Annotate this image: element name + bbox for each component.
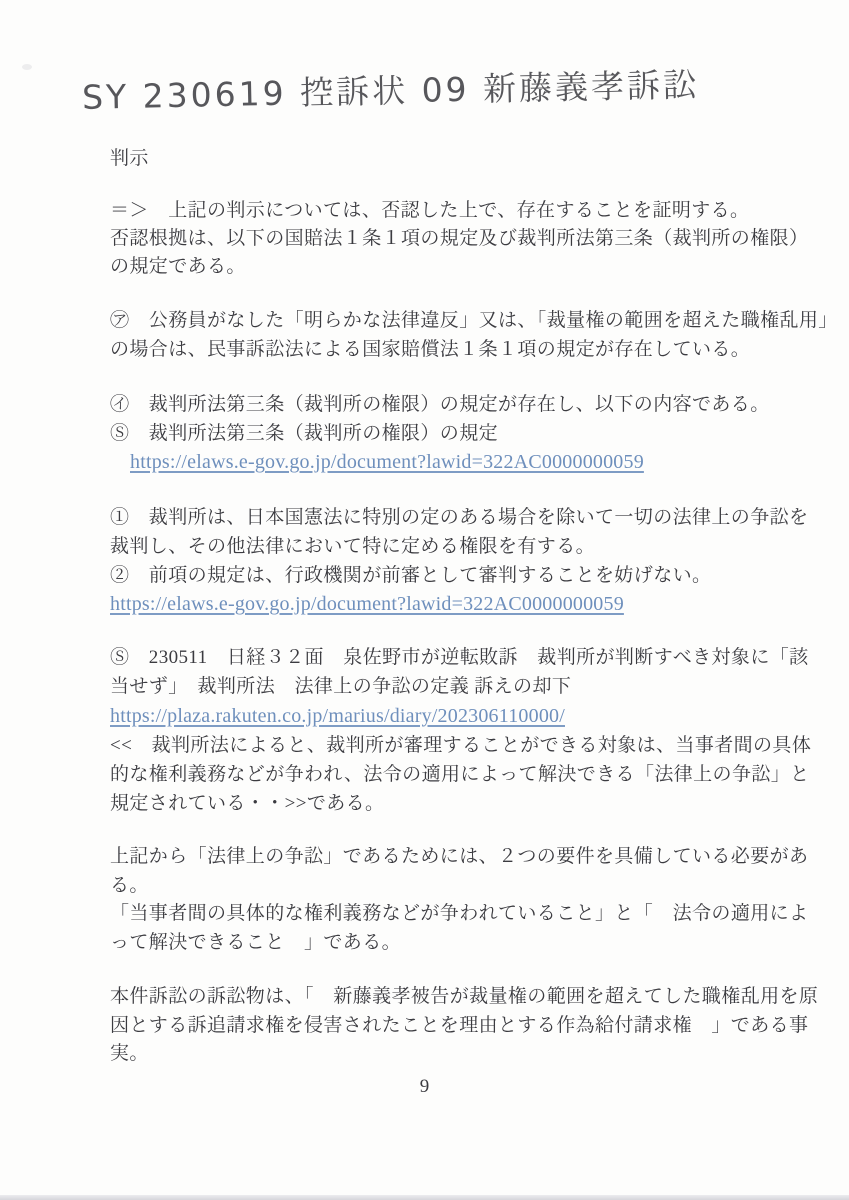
body-line: 裁判し、その他法律において特に定める権限を有する。	[110, 532, 595, 561]
body-line: 因とする訴追請求権を侵害されたことを理由とする作為給付請求権 」である事	[110, 1011, 808, 1040]
hyperlink-rakuten-blog[interactable]: https://plaza.rakuten.co.jp/marius/diary…	[110, 702, 565, 731]
quote-line: << 裁判所法によると、裁判所が審理することができる対象は、当事者間の具体	[110, 731, 811, 760]
page-number: 9	[0, 1076, 849, 1098]
body-line: 否認根拠は、以下の国賠法１条１項の規定及び裁判所法第三条（裁判所の権限）	[110, 224, 808, 253]
section-heading-hanji: 判示	[110, 144, 149, 173]
body-line: 「当事者間の具体的な権利義務などが争われていること」と「 法令の適用によ	[110, 899, 808, 928]
quote-line: 的な権利義務などが争われ、法令の適用によって解決できる「法律上の争訟」と	[110, 760, 810, 789]
item-i-line: ㋑ 裁判所法第三条（裁判所の権限）の規定が存在し、以下の内容である。	[110, 390, 770, 419]
body-line: 本件訴訟の訴訟物は、「 新藤義孝被告が裁量権の範囲を超えてした職権乱用を原	[110, 982, 818, 1011]
scan-edge	[0, 1195, 849, 1200]
body-line: の場合は、民事訴訟法による国家賠償法１条１項の規定が存在している。	[110, 335, 750, 364]
handwritten-note: SY 230619 控訴状 09 新藤義孝訴訟	[82, 60, 643, 119]
scan-artifact	[22, 64, 32, 70]
scanned-document-page: SY 230619 控訴状 09 新藤義孝訴訟 判示 ＝＞ 上記の判示については…	[0, 0, 849, 1200]
source-s-line: Ⓢ 裁判所法第三条（裁判所の権限）の規定	[110, 419, 498, 448]
body-line: 実。	[110, 1039, 149, 1068]
quote-line: 規定されている・・>>である。	[110, 789, 384, 818]
law-clause-1-line: ① 裁判所は、日本国憲法に特別の定のある場合を除いて一切の法律上の争訟を	[110, 503, 808, 532]
body-line: る。	[110, 871, 149, 900]
body-line: ＝＞ 上記の判示については、否認した上で、存在することを証明する。	[110, 196, 749, 225]
law-clause-2-line: ② 前項の規定は、行政機関が前審として審判することを妨げない。	[110, 561, 711, 590]
hyperlink-elaws-2[interactable]: https://elaws.e-gov.go.jp/document?lawid…	[110, 590, 624, 619]
body-line: って解決できること 」である。	[110, 928, 401, 957]
source-s-news-line: Ⓢ 230511 日経３２面 泉佐野市が逆転敗訴 裁判所が判断すべき対象に「該	[110, 643, 809, 672]
item-a-line: ㋐ 公務員がなした「明らかな法律違反」又は、「裁量権の範囲を超えた職権乱用」	[110, 306, 838, 335]
hyperlink-elaws-1[interactable]: https://elaws.e-gov.go.jp/document?lawid…	[130, 448, 644, 477]
body-line: 上記から「法律上の争訟」であるためには、２つの要件を具備している必要があ	[110, 842, 808, 871]
body-line: 当せず」 裁判所法 法律上の争訟の定義 訴えの却下	[110, 672, 571, 701]
body-line: の規定である。	[110, 252, 246, 281]
